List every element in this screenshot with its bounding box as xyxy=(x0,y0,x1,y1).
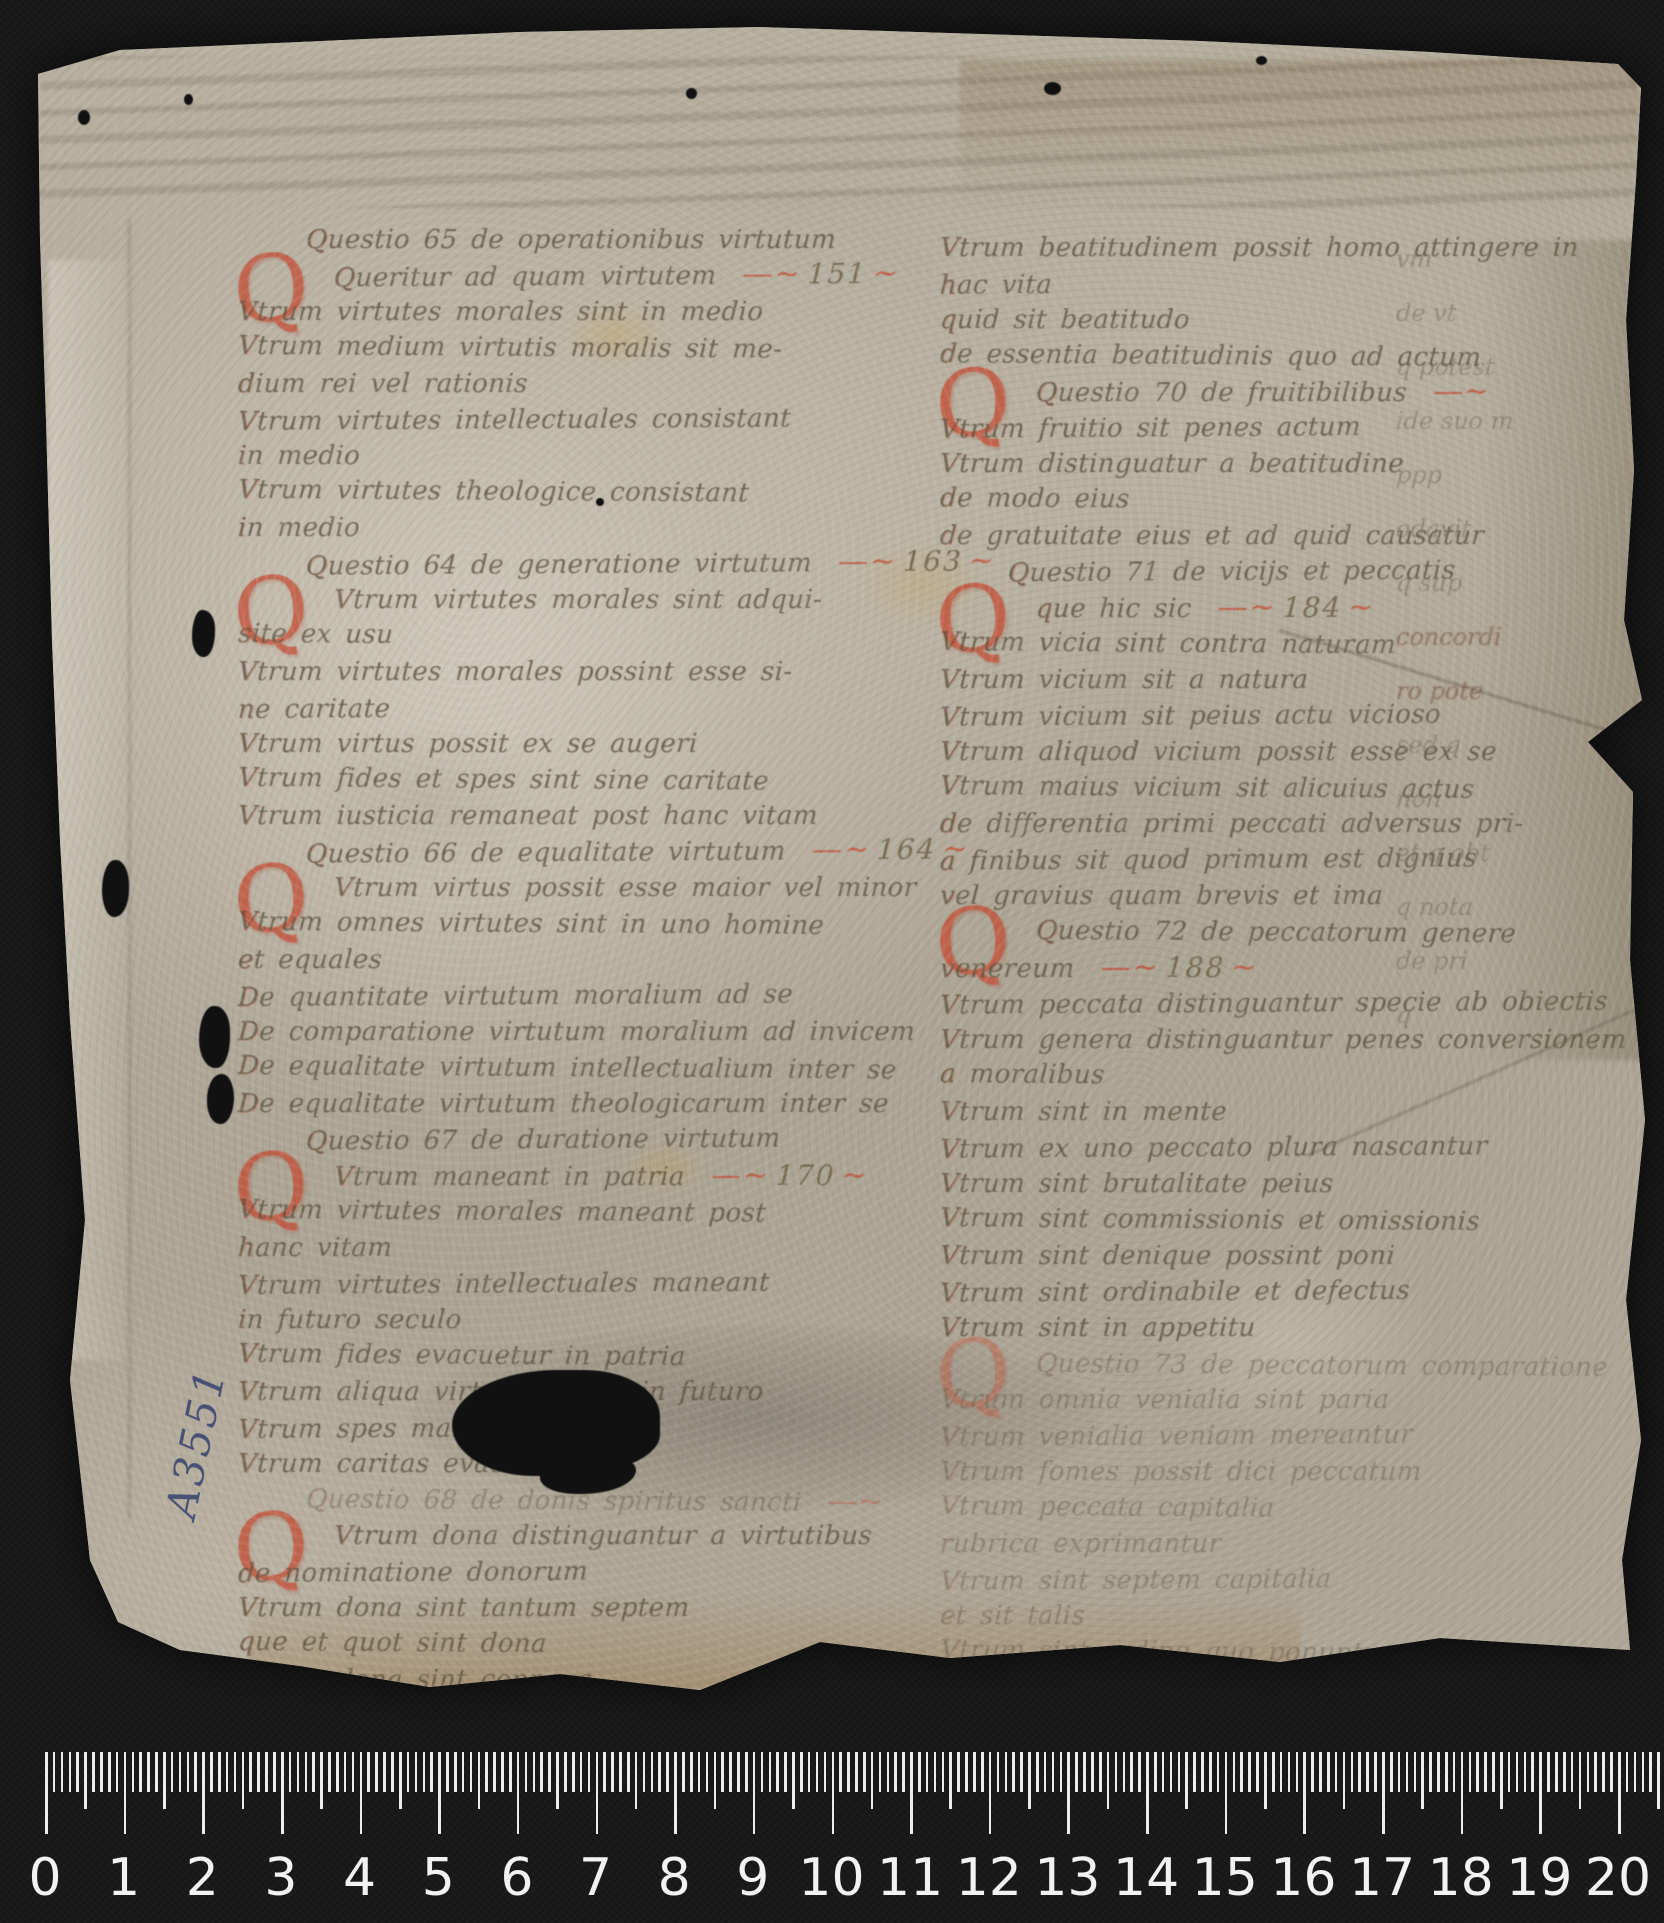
dark-speck xyxy=(1256,56,1267,65)
text-line: Vtrum virtutes theologice consistant xyxy=(237,472,859,512)
line-text: Vtrum ex uno peccato plura nascantur xyxy=(939,1131,1488,1164)
ruler-number: 9 xyxy=(736,1848,769,1908)
ruler-tick xyxy=(1005,1752,1008,1792)
ruler-tick xyxy=(1240,1752,1243,1792)
rubric-heading-line: Questio 67 de duratione virtutum xyxy=(237,1120,859,1160)
ruler-number: 20 xyxy=(1585,1848,1651,1908)
line-text: Vtrum virtutes morales sint in medio xyxy=(237,297,764,327)
line-text: Vtrum fruitio sit penes actum xyxy=(939,412,1361,445)
rubric-heading-line: Questio 65 de operationibus virtutum xyxy=(237,222,859,258)
ruler-tick xyxy=(808,1752,811,1792)
ruler-number: 17 xyxy=(1349,1848,1415,1908)
line-text: Vtrum virtutes morales possint esse si- xyxy=(237,657,793,687)
ruler-tick xyxy=(407,1752,410,1792)
text-line: Vtrum sint ordine quo ponuntur xyxy=(939,1632,1481,1672)
ruler-tick xyxy=(1170,1752,1173,1792)
ruler-tick xyxy=(1209,1752,1212,1792)
ruler-tick xyxy=(352,1752,355,1792)
ruler-tick xyxy=(171,1752,174,1792)
line-text: Vtrum vicia sint contra naturam xyxy=(939,627,1397,660)
ruler-tick xyxy=(485,1752,488,1792)
line-text: Vtrum fomes possit dici peccatum xyxy=(939,1457,1422,1487)
line-text: in futuro seculo xyxy=(237,1305,462,1335)
ruler-tick xyxy=(824,1752,827,1792)
ruler-tick xyxy=(1319,1752,1322,1792)
ruler-tick xyxy=(297,1752,300,1792)
ruler-tick xyxy=(1516,1752,1519,1792)
ruler-tick xyxy=(61,1752,64,1792)
ruler-tick xyxy=(1020,1752,1023,1792)
ruler-tick xyxy=(517,1752,520,1834)
parchment-hole xyxy=(192,610,215,657)
rubric-question-number: —∼170∼ xyxy=(710,1162,869,1192)
ruler-tick xyxy=(375,1752,378,1792)
text-line: De equalitate virtutum theologicarum int… xyxy=(237,1086,859,1122)
ruler-tick xyxy=(682,1752,685,1792)
line-text: Vtrum vicium sit peius actu vicioso xyxy=(939,700,1442,733)
text-column-left: Questio 65 de operationibus virtutumQQue… xyxy=(238,222,858,1734)
line-text: in medio xyxy=(237,441,361,471)
line-text: Vtrum virtutes intellectuales maneant xyxy=(237,1268,770,1301)
ruler-tick xyxy=(1067,1752,1070,1834)
ruler-number: 6 xyxy=(500,1848,533,1908)
ruler-tick xyxy=(910,1752,913,1834)
text-line: Vtrum sint denique possint poni xyxy=(939,1238,1481,1274)
ruler-tick xyxy=(1587,1752,1590,1792)
ruler-tick xyxy=(548,1752,551,1792)
text-line: a moralibus xyxy=(939,1056,1481,1096)
ruler-tick xyxy=(76,1752,79,1792)
ruler-tick xyxy=(1351,1752,1354,1792)
line-text: Questio 67 de duratione virtutum xyxy=(305,1124,781,1157)
ruler-tick xyxy=(533,1752,536,1792)
ruler-tick xyxy=(1052,1752,1055,1792)
line-text: et cetera xyxy=(939,1673,1067,1703)
ruler-tick xyxy=(53,1752,56,1792)
text-line: in medio xyxy=(237,438,859,474)
text-line: Vtrum virtutes morales maneant post xyxy=(237,1192,859,1232)
text-line: QQuestio 73 de peccatorum comparatione—∼ xyxy=(939,1344,1481,1384)
ruler-tick xyxy=(84,1752,87,1809)
ruler-tick xyxy=(147,1752,150,1792)
line-text: Vtrum virtus possit esse maior vel minor xyxy=(333,873,917,903)
line-text: Vtrum sint in mente xyxy=(939,1097,1228,1127)
parchment-hole xyxy=(207,1074,234,1124)
ruler-number: 18 xyxy=(1428,1848,1494,1908)
ruler-tick xyxy=(1185,1752,1188,1809)
ruler-tick xyxy=(391,1752,394,1792)
text-line: QVtrum virtutes morales sint adqui- xyxy=(237,582,859,618)
ruler-tick xyxy=(1594,1752,1597,1792)
ruler-tick xyxy=(949,1752,952,1809)
ruler-tick xyxy=(847,1752,850,1792)
ruler-tick xyxy=(981,1752,984,1792)
text-line: QVtrum maneant in patria—∼170∼ xyxy=(237,1158,859,1194)
ruler-tick xyxy=(1453,1752,1456,1792)
ruler-tick xyxy=(753,1752,756,1834)
line-text: Questio 64 de generatione virtutum xyxy=(305,548,813,581)
ruler-tick xyxy=(1476,1752,1479,1792)
ruler-tick xyxy=(989,1752,992,1834)
text-line: De equalitate virtutum intellectualium i… xyxy=(237,1048,859,1088)
text-line: QQueritur ad quam virtutem—∼151∼ xyxy=(237,256,859,296)
ruler-tick xyxy=(690,1752,693,1792)
ruler-tick xyxy=(698,1752,701,1792)
ruler-tick xyxy=(745,1752,748,1792)
ruler-tick xyxy=(1146,1752,1149,1834)
rubric-question-number: —∼184∼ xyxy=(1217,594,1376,624)
ruler-number: 3 xyxy=(264,1848,297,1908)
line-text: quid sit beatitudo xyxy=(939,305,1191,335)
ruler-tick xyxy=(423,1752,426,1792)
ruler-tick xyxy=(1555,1752,1558,1792)
ruler-tick xyxy=(367,1752,370,1792)
text-line: Vtrum virtutes morales sint in medio xyxy=(237,294,859,330)
ruler-tick xyxy=(942,1752,945,1792)
ruler-tick xyxy=(651,1752,654,1792)
ruler-tick xyxy=(478,1752,481,1809)
ruler-tick xyxy=(800,1752,803,1792)
ruler-tick xyxy=(957,1752,960,1792)
ruler-tick xyxy=(454,1752,457,1792)
text-line: Vtrum sint septem capitalia xyxy=(939,1560,1481,1599)
text-line: et sit talis xyxy=(939,1598,1481,1634)
line-text: Vtrum sint ordinabile et defectus xyxy=(939,1276,1411,1309)
ruler-tick xyxy=(1406,1752,1409,1792)
text-line: in futuro seculo xyxy=(237,1302,859,1338)
ruler-tick xyxy=(1280,1752,1283,1792)
ruler-tick xyxy=(769,1752,772,1792)
ruler-tick xyxy=(564,1752,567,1792)
ruler-tick xyxy=(902,1752,905,1792)
line-text: Vtrum omnia venialia sint paria xyxy=(939,1385,1390,1415)
text-line: et equales xyxy=(237,942,859,978)
ruler-tick xyxy=(1162,1752,1165,1792)
ruler-tick xyxy=(1382,1752,1385,1834)
centimeter-ruler: 01234567891011121314151617181920 xyxy=(0,1752,1664,1923)
text-line: De quantitate virtutum moralium ad se xyxy=(237,976,859,1016)
ruler-tick xyxy=(1099,1752,1102,1792)
text-line: in medio xyxy=(237,510,859,546)
text-line: Vtrum virtus possit ex se augeri xyxy=(237,726,859,762)
ruler-tick xyxy=(281,1752,284,1834)
line-text: Questio 66 de equalitate virtutum xyxy=(305,837,786,870)
ruler-tick xyxy=(1461,1752,1464,1834)
ruler-tick xyxy=(784,1752,787,1792)
text-line: site ex usu xyxy=(237,616,859,656)
ruler-tick xyxy=(108,1752,111,1792)
ruler-tick xyxy=(1492,1752,1495,1792)
ruler-tick xyxy=(1469,1752,1472,1792)
ruler-tick xyxy=(1256,1752,1259,1792)
rubric-question-number: —∼188∼ xyxy=(1100,954,1259,984)
line-text: Queritur ad quam virtutem xyxy=(333,261,717,293)
ruler-tick xyxy=(871,1752,874,1809)
text-line: Vtrum iusticia remaneat post hanc vitam xyxy=(237,798,859,834)
line-text: Vtrum dona maneant in patria xyxy=(237,1700,669,1733)
ruler-tick xyxy=(926,1752,929,1792)
ruler-tick xyxy=(1225,1752,1228,1834)
ruler-tick xyxy=(509,1752,512,1792)
ruler-tick xyxy=(761,1752,764,1792)
ruler-tick xyxy=(1437,1752,1440,1792)
line-text: ne caritate xyxy=(237,694,391,725)
text-line: Vtrum virtutes morales possint esse si- xyxy=(237,654,859,690)
ruler-tick xyxy=(92,1752,95,1792)
line-text: Vtrum omnes virtutes sint in uno homine xyxy=(237,907,825,941)
line-text: a moralibus xyxy=(939,1059,1105,1090)
ruler-tick xyxy=(792,1752,795,1809)
text-line: Vtrum ex uno peccato plura nascantur xyxy=(939,1128,1481,1167)
ruler-tick xyxy=(1634,1752,1637,1792)
line-text: Vtrum virtutes morales maneant post xyxy=(237,1195,767,1229)
ruler-tick xyxy=(493,1752,496,1792)
text-line: ne caritate xyxy=(237,688,859,728)
ruler-tick xyxy=(1579,1752,1582,1809)
ruler-number: 14 xyxy=(1113,1848,1179,1908)
ruler-tick xyxy=(540,1752,543,1792)
ruler-tick xyxy=(124,1752,127,1834)
ruler-tick xyxy=(1107,1752,1110,1809)
ruler-tick xyxy=(596,1752,599,1834)
ruler-number: 12 xyxy=(956,1848,1022,1908)
text-line: De comparatione virtutum moralium ad inv… xyxy=(237,1014,859,1050)
text-line: Vtrum sint in appetitu xyxy=(939,1310,1481,1346)
ruler-tick xyxy=(863,1752,866,1792)
ruler-tick xyxy=(1217,1752,1220,1792)
ruler-tick xyxy=(257,1752,260,1792)
line-text: Vtrum fides evacuetur in patria xyxy=(237,1339,686,1372)
line-text: Vtrum dona sint connexa xyxy=(237,1665,593,1695)
ruler-tick xyxy=(1193,1752,1196,1792)
line-text: Questio 70 de fruitibilibus xyxy=(1035,378,1408,408)
ruler-number: 15 xyxy=(1192,1848,1258,1908)
ruler-tick xyxy=(619,1752,622,1792)
rubric-heading-line: Questio 66 de equalitate virtutum—∼164∼ xyxy=(237,832,859,872)
ruler-tick xyxy=(997,1752,1000,1792)
ruler-tick xyxy=(139,1752,142,1792)
ruler-number: 0 xyxy=(28,1848,61,1908)
ruler-tick xyxy=(1248,1752,1251,1792)
ruler-tick xyxy=(100,1752,103,1792)
dark-speck xyxy=(1044,82,1061,95)
line-text: Vtrum virtutes intellectuales consistant xyxy=(237,404,792,437)
ruler-tick xyxy=(179,1752,182,1792)
ruler-tick xyxy=(1036,1752,1039,1792)
ruler-tick xyxy=(627,1752,630,1792)
margin-note: ide suo m xyxy=(1395,394,1658,448)
margin-note: ppp xyxy=(1395,448,1658,502)
text-line: Vtrum omnia venialia sint paria xyxy=(939,1382,1481,1418)
ruler-tick xyxy=(1500,1752,1503,1809)
text-line: hanc vitam xyxy=(237,1230,859,1266)
ruler-tick xyxy=(273,1752,276,1792)
ruler-number: 16 xyxy=(1270,1848,1336,1908)
line-text: Questio 71 de vicijs et peccatis xyxy=(1007,556,1456,589)
ruler-number: 11 xyxy=(877,1848,943,1908)
text-line: Vtrum medium virtutis moralis sit me- xyxy=(237,328,859,368)
ruler-tick xyxy=(470,1752,473,1792)
ruler-tick xyxy=(344,1752,347,1792)
text-line: Vtrum virtutes intellectuales consistant xyxy=(237,400,859,440)
ruler-tick xyxy=(1028,1752,1031,1809)
ruler-tick xyxy=(1044,1752,1047,1792)
ruler-tick xyxy=(1642,1752,1645,1792)
ruler-tick xyxy=(965,1752,968,1792)
ruler-tick xyxy=(714,1752,717,1809)
rubric-question-number: —∼151∼ xyxy=(742,260,901,291)
ruler-tick xyxy=(328,1752,331,1792)
text-line: Vtrum sint commissionis et omissionis xyxy=(939,1200,1481,1240)
ruler-tick xyxy=(69,1752,72,1792)
ruler-tick xyxy=(1178,1752,1181,1792)
ruler-tick xyxy=(721,1752,724,1792)
line-text: rubrica exprimantur xyxy=(939,1529,1222,1559)
photograph-of-manuscript: Questio 65 de operationibus virtutumQQue… xyxy=(0,0,1664,1923)
margin-note: q sup xyxy=(1395,556,1658,610)
ruler-tick xyxy=(1130,1752,1133,1792)
parchment-hole xyxy=(102,860,129,917)
dark-speck xyxy=(184,94,193,105)
ruler-tick xyxy=(1311,1752,1314,1792)
rubric-heading-line: Questio 64 de generatione virtutum—∼163∼ xyxy=(237,544,859,584)
line-text: dium rei vel rationis xyxy=(237,369,528,399)
margin-note: q potest xyxy=(1395,340,1658,394)
ruler-tick xyxy=(1060,1752,1063,1792)
ruler-tick xyxy=(572,1752,575,1792)
ruler-tick xyxy=(1296,1752,1299,1792)
line-text: Vtrum iusticia remaneat post hanc vitam xyxy=(237,801,818,831)
dark-speck xyxy=(596,498,604,506)
ruler-tick xyxy=(462,1752,465,1792)
ruler-tick xyxy=(1233,1752,1236,1792)
line-text: Questio 65 de operationibus virtutum xyxy=(305,225,837,255)
margin-note: de pri xyxy=(1395,934,1658,988)
ruler-tick xyxy=(202,1752,205,1834)
left-edge-highlight xyxy=(48,260,138,1360)
ruler-tick xyxy=(1343,1752,1346,1809)
ruler-tick xyxy=(249,1752,252,1792)
margin-note: non xyxy=(1395,772,1658,826)
ruler-tick xyxy=(1531,1752,1534,1792)
line-text: site ex usu xyxy=(237,619,394,650)
line-text: Vtrum venialia veniam mereantur xyxy=(939,1420,1414,1453)
ruler-tick xyxy=(1335,1752,1338,1792)
ruler-tick xyxy=(1618,1752,1621,1834)
ruler-tick xyxy=(1414,1752,1417,1792)
line-text: Vtrum virtus possit ex se augeri xyxy=(237,729,698,759)
ruler-tick xyxy=(1123,1752,1126,1792)
ruler-tick xyxy=(383,1752,386,1792)
ruler-tick xyxy=(1012,1752,1015,1792)
ruler-tick xyxy=(1138,1752,1141,1792)
margin-note: vm xyxy=(1395,232,1658,286)
ruler-tick xyxy=(289,1752,292,1792)
ruler-tick xyxy=(588,1752,591,1792)
ruler-tick xyxy=(887,1752,890,1792)
margin-note: odavit xyxy=(1395,502,1658,556)
ruler-tick xyxy=(218,1752,221,1792)
ruler-tick xyxy=(776,1752,779,1792)
text-line: Vtrum fomes possit dici peccatum xyxy=(939,1454,1481,1490)
line-text: et sit talis xyxy=(939,1601,1086,1631)
text-line: QVtrum dona distinguantur a virtutibus xyxy=(237,1518,859,1554)
ruler-tick xyxy=(1508,1752,1511,1792)
ruler-tick xyxy=(194,1752,197,1792)
line-text: De quantitate virtutum moralium ad se xyxy=(237,980,794,1013)
ruler-tick xyxy=(1201,1752,1204,1792)
text-line: Vtrum dona sint tantum septem xyxy=(237,1590,859,1626)
ruler-number: 19 xyxy=(1506,1848,1572,1908)
ruler-tick xyxy=(1374,1752,1377,1792)
line-text: que et quot sint dona xyxy=(237,1627,548,1659)
marginal-notes: vmde vtq potestide suo mpppodavitq supco… xyxy=(1396,232,1656,1042)
ruler-tick xyxy=(132,1752,135,1792)
ruler-tick xyxy=(226,1752,229,1792)
text-line: rubrica exprimantur xyxy=(939,1526,1481,1562)
text-line: Vtrum venialia veniam mereantur xyxy=(939,1416,1481,1455)
line-text: Vtrum sint brutalitate peius xyxy=(939,1169,1334,1199)
ruler-tick xyxy=(1154,1752,1157,1792)
text-line: que et quot sint dona xyxy=(237,1624,859,1664)
ruler-tick xyxy=(1366,1752,1369,1792)
text-line: et cetera xyxy=(939,1670,1481,1706)
line-text: Questio 73 de peccatorum comparatione xyxy=(1035,1349,1609,1383)
ruler-tick xyxy=(415,1752,418,1792)
ruler-tick xyxy=(674,1752,677,1834)
text-line: Vtrum sint ordinabile et defectus xyxy=(939,1272,1481,1311)
text-line: Vtrum fides et spes sint sine caritate xyxy=(237,760,859,800)
ruler-tick xyxy=(187,1752,190,1792)
ruler-tick xyxy=(336,1752,339,1792)
line-text: que hic sic xyxy=(1035,594,1192,624)
ruler-tick xyxy=(611,1752,614,1792)
line-text: Vtrum medium virtutis moralis sit me- xyxy=(237,331,783,365)
text-line: Vtrum dona sint connexa xyxy=(237,1662,859,1698)
ruler-tick xyxy=(446,1752,449,1792)
ruler-tick xyxy=(525,1752,528,1792)
ruler-tick xyxy=(894,1752,897,1792)
ruler-tick xyxy=(210,1752,213,1792)
ruler-tick xyxy=(603,1752,606,1792)
ruler-number: 5 xyxy=(422,1848,455,1908)
parchment-leaf: Questio 65 de operationibus virtutumQQue… xyxy=(0,0,1664,1923)
ruler-tick xyxy=(1484,1752,1487,1792)
ruler-tick xyxy=(1115,1752,1118,1792)
ruler-tick xyxy=(1327,1752,1330,1792)
line-text: Vtrum dona distinguantur a virtutibus xyxy=(333,1521,873,1551)
ruler-tick xyxy=(1657,1752,1660,1809)
ruler-tick xyxy=(1626,1752,1629,1792)
ruler-tick xyxy=(155,1752,158,1792)
ruler-number: 1 xyxy=(107,1848,140,1908)
line-text: Vtrum dona sint tantum septem xyxy=(237,1593,690,1623)
text-line: de nominatione donorum xyxy=(237,1552,859,1592)
parchment-leaf-wrapper: Questio 65 de operationibus virtutumQQue… xyxy=(0,0,1664,1923)
line-text: De equalitate virtutum theologicarum int… xyxy=(237,1089,889,1119)
line-text: Vtrum sint ordine quo ponuntur xyxy=(939,1635,1394,1668)
ruler-tick xyxy=(1602,1752,1605,1792)
ruler-tick xyxy=(729,1752,732,1792)
ruler-number: 10 xyxy=(798,1848,864,1908)
rubric-flourish: —∼ xyxy=(827,1484,885,1519)
ruler-tick xyxy=(399,1752,402,1809)
margin-note: q xyxy=(1395,988,1658,1042)
margin-note: concordi xyxy=(1395,610,1658,664)
ruler-tick xyxy=(1445,1752,1448,1792)
ruler-tick xyxy=(1288,1752,1291,1792)
line-text: de modo eius xyxy=(939,483,1130,514)
